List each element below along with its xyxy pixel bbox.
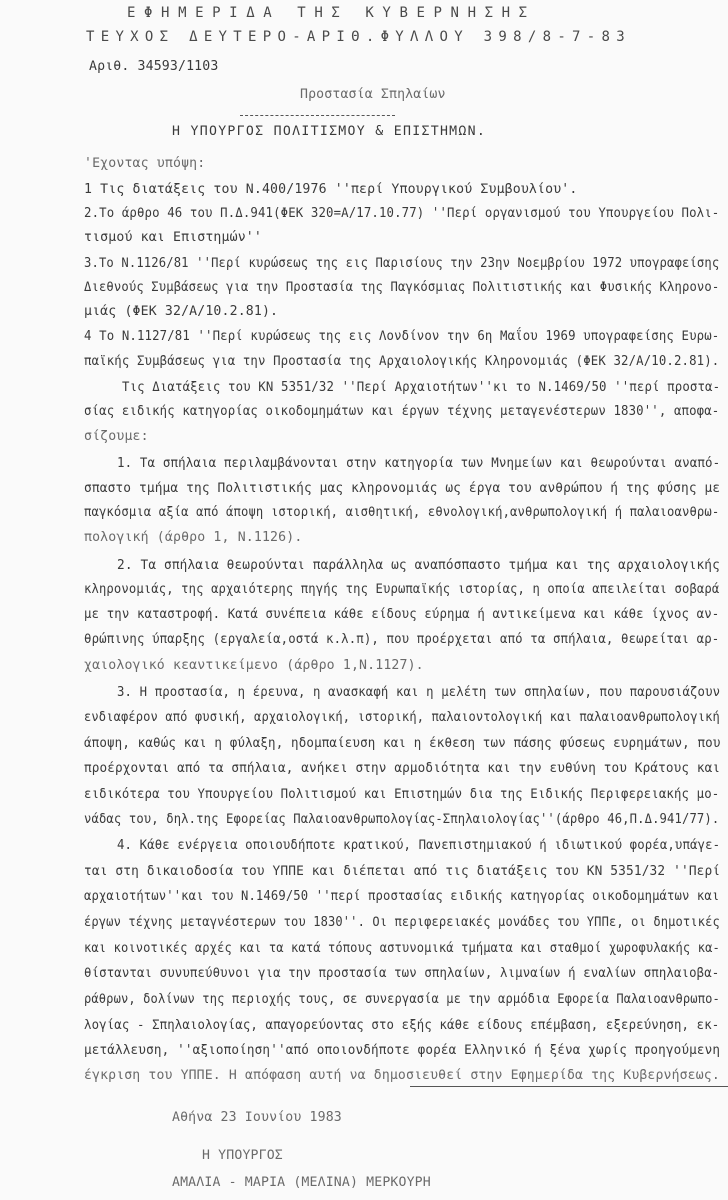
article-2-line: κληρονομιάς, της αρχαιότερης πηγής της Ε… xyxy=(84,582,719,598)
handwritten-underline xyxy=(410,1086,728,1087)
article-4-line: ται στη δικαιοδοσία του ΥΠΠΕ και διέπετα… xyxy=(84,864,720,880)
article-3-line: άποψη, καθώς και η φύλαξη, ηδομπαίευση κ… xyxy=(84,736,721,752)
article-3-line: ενδιαφέρον από φυσική, αρχαιολογική, ιστ… xyxy=(84,710,720,726)
article-2-line: χαιολογικό κεαντικείμενο (άρθρο 1,Ν.1127… xyxy=(84,658,424,674)
considering-line: Διεθνούς Συμβάσεως για την Προστασία της… xyxy=(84,280,719,296)
article-4-line: θίστανται συνυπεύθυνοι για την προστασία… xyxy=(84,966,719,982)
gazette-title: ΕΦΗΜΕΡΙΔΑ ΤΗΣ ΚΥΒΕΡΝΗΣΗΣ xyxy=(127,5,536,21)
considering-line: 3.Το Ν.1126/81 ''Περί κυρώσεως της εις Π… xyxy=(84,256,719,272)
article-4-line: ράθρων, δολίνων της περιοχής τους, σε συ… xyxy=(84,992,720,1008)
considering-line: 2.Το άρθρο 46 του Π.Δ.941(ΦΕΚ 320=Α/17.1… xyxy=(84,206,719,222)
provisions-line: Τις Διατάξεις του ΚΝ 5351/32 ''Περί Αρχα… xyxy=(122,380,720,396)
issuing-authority: Η ΥΠΟΥΡΓΟΣ ΠΟΛΙΤΙΣΜΟΥ & ΕΠΙΣΤΗΜΩΝ. xyxy=(172,124,486,140)
article-4-line: έγκριση του ΥΠΠΕ. Η απόφαση αυτή να δημο… xyxy=(84,1068,720,1084)
article-4-line: αρχαιοτήτων''και του Ν.1469/50 ''περί πρ… xyxy=(84,889,719,905)
considering-line: 4 Το Ν.1127/81 ''Περί κυρώσεως της εις Λ… xyxy=(84,329,719,345)
article-4-line: λογίας - Σπηλαιολογίας, απαγορεύοντας στ… xyxy=(84,1018,719,1034)
place-and-date: Αθήνα 23 Ιουνίου 1983 xyxy=(172,1110,342,1126)
article-3-line: νάδας του, δηλ.της Εφορείας Παλαιοανθρωπ… xyxy=(84,812,719,828)
signatory-name: ΑΜΑΛΙΑ - ΜΑΡΙΑ (ΜΕΛΙΝΑ) ΜΕΡΚΟΥΡΗ xyxy=(172,1175,431,1191)
considering-line: 1 Τις διατάξεις του Ν.400/1976 ''περί Υπ… xyxy=(84,182,577,198)
considering-intro: 'Εχοντας υπόψη: xyxy=(84,156,205,172)
article-2-line: 2. Τα σπήλαια θεωρούνται παράλληλα ως αν… xyxy=(117,558,720,574)
signatory-title: Η ΥΠΟΥΡΓΟΣ xyxy=(202,1148,283,1164)
article-4-line: και κοινοτικές αρχές και τα κατά τόπους … xyxy=(84,941,720,957)
article-3-line: ειδικότερα του Υπουργείου Πολιτισμού και… xyxy=(84,787,719,803)
provisions-line: σίζουμε: xyxy=(84,429,149,445)
considering-line: παϊκής Συμβάσεως για την Προστασία της Α… xyxy=(84,354,719,370)
subject-divider xyxy=(240,115,395,116)
gazette-issue-line: ΤΕΥΧΟΣ ΔΕΥΤΕΡΟ-ΑΡΙΘ.ΦΥΛΛΟΥ 398/8-7-83 xyxy=(86,29,631,45)
article-4-line: 4. Κάθε ενέργεια οποιουδήποτε κρατικού, … xyxy=(117,838,720,854)
article-1-line: πολογική (άρθρο 1, Ν.1126). xyxy=(84,530,302,546)
considering-line: μιάς (ΦΕΚ 32/Α/10.2.81). xyxy=(84,304,278,320)
article-3-line: 3. Η προστασία, η έρευνα, η ανασκαφή και… xyxy=(117,685,720,701)
document-subject: Προστασία Σπηλαίων xyxy=(300,87,446,103)
article-1-line: σπαστο τμήμα της Πολιτιστικής μας κληρον… xyxy=(84,481,720,497)
article-1-line: 1. Τα σπήλαια περιλαμβάνονται στην κατηγ… xyxy=(117,456,720,472)
article-4-line: έργων τέχνης μεταγνέστερων του 1830''. Ο… xyxy=(84,915,720,931)
article-3-line: προέρχονται από τα σπήλαια, ανήκει στην … xyxy=(84,761,720,777)
article-2-line: θρώπινης ύπαρξης (εργαλεία,οστά κ.λ.π), … xyxy=(84,632,719,648)
considering-line: τισμού και Επιστημών'' xyxy=(84,230,262,246)
provisions-line: σίας ειδικής κατηγορίας οικοδομημάτων κα… xyxy=(84,404,719,420)
article-4-line: μετάλλευση, ''αξιοποίηση''από οποιονδήπο… xyxy=(84,1043,720,1059)
article-2-line: με την καταστροφή. Κατά συνέπεια κάθε εί… xyxy=(84,607,719,623)
reference-number: Αριθ. 34593/1103 xyxy=(89,59,218,75)
article-1-line: παγκόσμια αξία από άποψη ιστορική, αισθη… xyxy=(84,505,719,521)
